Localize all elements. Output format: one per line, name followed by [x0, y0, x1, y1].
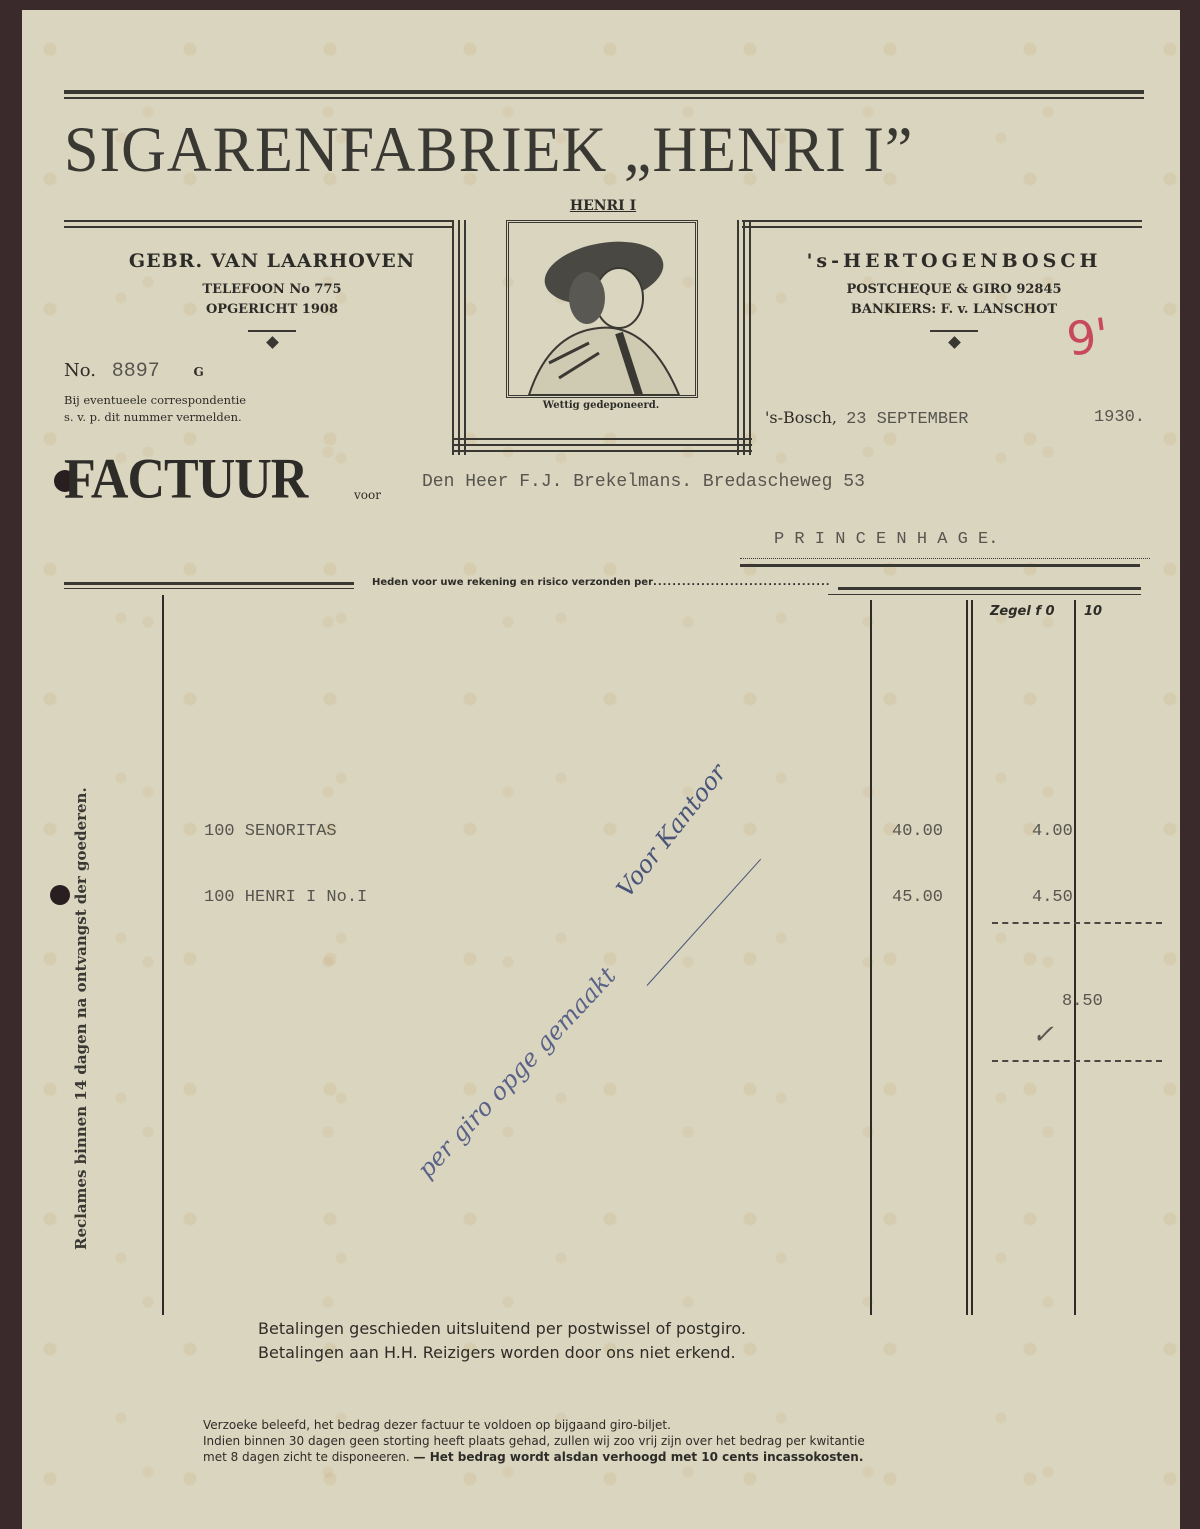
header-rule-right [742, 220, 1142, 222]
voor-label: voor [354, 488, 381, 502]
portrait-bar [464, 220, 466, 455]
table-top-rule-left [64, 582, 354, 585]
column-divider [1074, 600, 1076, 1315]
date-value: 23 SEPTEMBER [846, 410, 968, 429]
invoice-number-note: Bij eventueele correspondentie s. v. p. … [64, 392, 246, 426]
shipping-note-text: Heden voor uwe rekening en risico verzon… [372, 577, 653, 588]
header-rule-right-2 [742, 226, 1142, 228]
terms-text: met 8 dagen zicht te disponeeren. [203, 1450, 410, 1464]
company-founded: OPGERICHT 1908 [82, 300, 462, 320]
column-divider [870, 600, 872, 1315]
place-label: 's-Bosch, [765, 408, 837, 427]
portrait-bar [749, 220, 751, 455]
terms-line: Indien binnen 30 dagen geen storting hee… [203, 1433, 865, 1449]
portrait-bar [737, 220, 739, 455]
column-divider [971, 600, 973, 1315]
city-dotline [740, 558, 1150, 559]
divider [930, 330, 978, 332]
portrait-bar [743, 220, 745, 455]
terms-emphasis: — Het bedrag wordt alsdan verhoogd met 1… [414, 1450, 864, 1464]
side-note: Reclames binnen 14 dagen na ontvangst de… [72, 787, 90, 1250]
terms-line: met 8 dagen zicht te disponeeren. — Het … [203, 1449, 865, 1465]
recipient-name: Den Heer F.J. Brekelmans. Bredascheweg 5… [422, 472, 865, 492]
line-item-amount: 4.50 [1032, 888, 1073, 907]
top-rule [64, 90, 1144, 94]
year-value: 1930. [1094, 408, 1145, 427]
subtotal-dashline [992, 922, 1162, 924]
header-rule-left [64, 220, 454, 222]
punch-hole [50, 885, 70, 905]
total-amount: 8.50 [1062, 992, 1103, 1011]
table-top-rule-right [838, 587, 1141, 590]
payment-line: Betalingen aan H.H. Reizigers worden doo… [258, 1341, 746, 1365]
header-rule-left-2 [64, 226, 454, 228]
terms-line: Verzoeke beleefd, het bedrag dezer factu… [203, 1417, 865, 1433]
note-line: Bij eventueele correspondentie [64, 392, 246, 409]
line-item-description: 100 HENRI I No.I [204, 888, 367, 907]
company-name: GEBR. VAN LAARHOVEN [82, 250, 462, 272]
shipping-note: Heden voor uwe rekening en risico verzon… [372, 577, 831, 588]
table-top-rule-right-thin [828, 594, 1141, 595]
portrait-caption-top: HENRI I [518, 198, 688, 214]
company-giro: POSTCHEQUE & GIRO 92845 [764, 280, 1144, 300]
payment-terms: Verzoeke beleefd, het bedrag dezer factu… [203, 1417, 865, 1465]
line-item-description: 100 SENORITAS [204, 822, 337, 841]
payment-notice: Betalingen geschieden uitsluitend per po… [258, 1317, 746, 1365]
line-item-unit-price: 40.00 [892, 822, 943, 841]
divider [248, 330, 296, 332]
company-info: GEBR. VAN LAARHOVEN TELEFOON No 775 OPGE… [82, 250, 462, 347]
note-line: s. v. p. dit nummer vermelden. [64, 409, 246, 426]
invoice-paper: SIGARENFABRIEK „HENRI I” HENRI I Wettig … [22, 10, 1180, 1529]
column-divider [966, 600, 968, 1315]
portrait-base-rule [452, 438, 752, 440]
payment-line: Betalingen geschieden uitsluitend per po… [258, 1317, 746, 1341]
portrait-frame [506, 220, 698, 398]
table-top-rule-left-thin [64, 588, 354, 589]
portrait-base-rule [452, 444, 752, 446]
company-title: SIGARENFABRIEK „HENRI I” [64, 113, 1144, 188]
handwritten-note-giro: per giro opge gemaakt [412, 962, 622, 1184]
invoice-number-mark: G [193, 365, 203, 379]
recipient-city: P R I N C E N H A G E. [774, 530, 998, 549]
line-item-unit-price: 45.00 [892, 888, 943, 907]
top-rule-thin [64, 97, 1144, 99]
handwritten-underline [647, 859, 761, 986]
checkmark-icon: ✓ [1032, 1020, 1054, 1050]
invoice-number-row: No. 8897 G [64, 360, 204, 383]
company-city: 's-HERTOGENBOSCH [764, 250, 1144, 272]
stamp-label: Zegel f 0 [990, 604, 1055, 619]
company-phone: TELEFOON No 775 [82, 280, 462, 300]
line-item-amount: 4.00 [1032, 822, 1073, 841]
invoice-number-value: 8897 [112, 360, 160, 383]
portrait-base-rule [452, 450, 752, 452]
portrait-caption-bottom: Wettig gedeponeerd. [506, 400, 696, 411]
invoice-number-label: No. [64, 360, 96, 381]
red-pencil-mark: 9' [1063, 307, 1112, 366]
invoice-heading: FACTUUR [64, 447, 307, 512]
date-row: 's-Bosch, 23 SEPTEMBER 1930. [765, 408, 1145, 429]
total-dashline [992, 1060, 1162, 1062]
column-divider [162, 595, 164, 1315]
portrait-icon [509, 223, 695, 395]
diamond-ornament-icon [266, 336, 279, 349]
handwritten-note-office: Voor Kantoor [611, 759, 732, 903]
diamond-ornament-icon [948, 336, 961, 349]
stamp-value: 10 [1084, 604, 1102, 619]
city-underline [740, 564, 1140, 567]
